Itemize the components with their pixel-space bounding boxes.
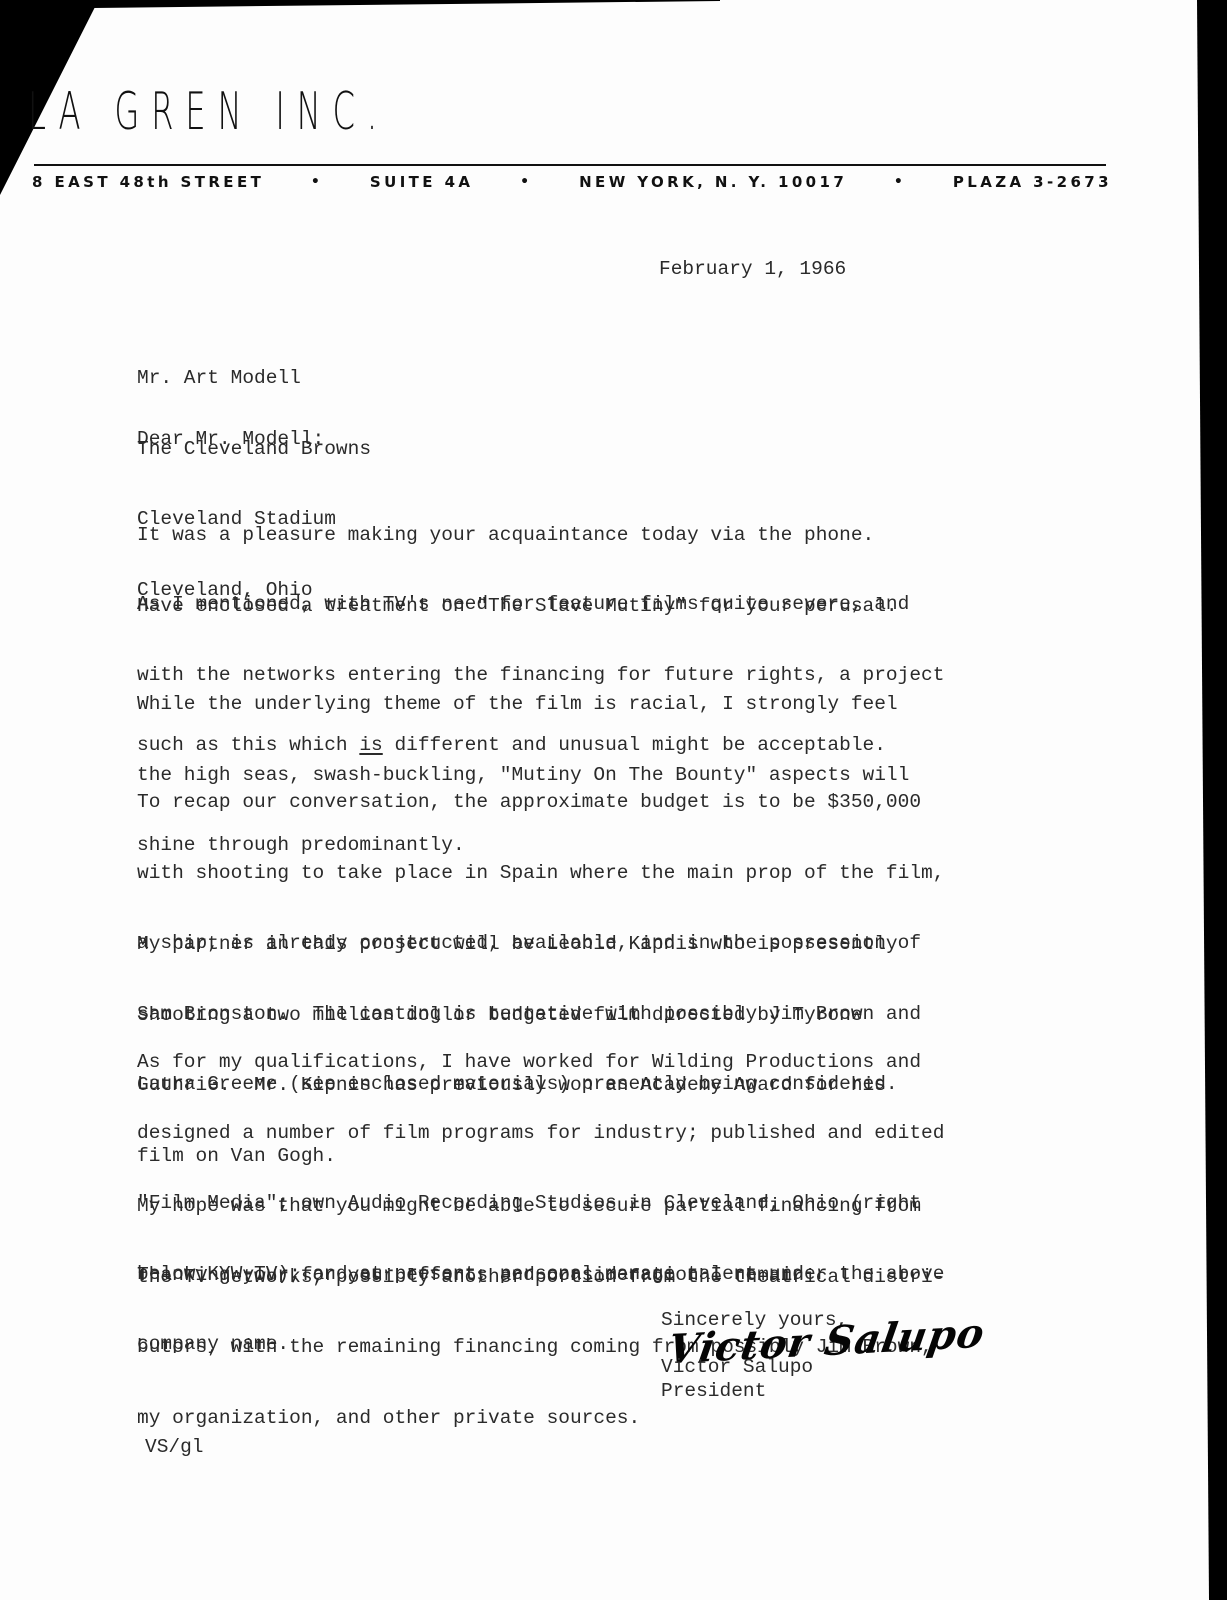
paragraph-line: with shooting to take place in Spain whe… [137,862,944,886]
paragraph-line: It was a pleasure making your acquaintan… [137,524,898,548]
phone-number: PLAZA 3-2673 [953,173,1112,191]
recipient-name: Mr. Art Modell [137,367,371,391]
paragraph-line: My partner in this project will be Leoni… [137,933,898,957]
letter-date: February 1, 1966 [659,258,846,282]
paragraph-line: My hope was that you might be able to se… [137,1195,944,1219]
street-address: 8 EAST 48th STREET [32,173,264,191]
separator-dot: • [520,174,532,190]
separator-dot: • [894,174,906,190]
letterhead-address: 8 EAST 48th STREET • SUITE 4A • NEW YORK… [32,173,1112,191]
paragraph-line: To recap our conversation, the approxima… [137,791,944,815]
paragraph: My hope was that you might be able to se… [137,1148,944,1454]
paragraph-line: As for my qualifications, I have worked … [137,1051,944,1075]
suite: SUITE 4A [370,173,474,191]
separator-dot: • [311,174,323,190]
paragraph-line: While the underlying theme of the film i… [137,693,909,717]
paragraph-line: my organization, and other private sourc… [137,1407,944,1431]
signer-name: Victor Salupo [661,1356,813,1380]
company-name: LA GREN INC. [28,86,389,138]
scan-border-right [1195,0,1227,1600]
paragraph-line: designed a number of film programs for i… [137,1122,944,1146]
paragraph-line: As I mentioned, with TV's need for featu… [137,593,944,617]
salutation: Dear Mr. Modell: [137,428,324,452]
scan-border-top [0,0,720,9]
signer-title: President [661,1380,766,1404]
closing-line: Thanking your for your efforts and consi… [137,1264,804,1288]
letterhead-divider [34,164,1106,166]
reference-initials: VS/gl [145,1436,204,1460]
city-state-zip: NEW YORK, N. Y. 10017 [579,173,847,191]
